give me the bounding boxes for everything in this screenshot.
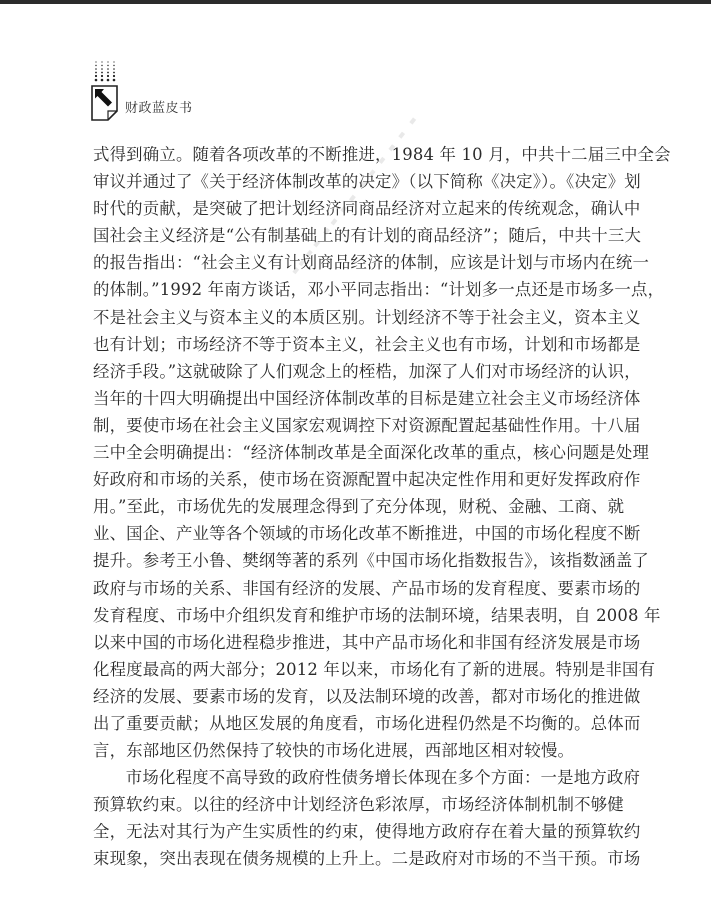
text-line: 国社会主义经济是“公有制基础上的有计划的商品经济”；随后，中共十三大 xyxy=(93,222,620,249)
text-line: 经济的发展、要素市场的发育，以及法制环境的改善，都对市场化的推进做 xyxy=(93,683,620,710)
text-line: 以来中国的市场化进程稳步推进，其中产品市场化和非国有经济发展是市场 xyxy=(93,629,620,656)
text-line: 制，要使市场在社会主义国家宏观调控下对资源配置起基础性作用。十八届 xyxy=(93,412,620,439)
text-line: 出了重要贡献；从地区发展的角度看，市场化进程仍然是不均衡的。总体而 xyxy=(93,710,620,737)
paragraph-2: 市场化程度不高导致的政府性债务增长体现在多个方面：一是地方政府 预算软约束。以往… xyxy=(93,764,620,872)
text-line: 束现象，突出表现在债务规模的上升上。二是政府对市场的不当干预。市场 xyxy=(93,845,620,872)
text-line: 市场化程度不高导致的政府性债务增长体现在多个方面：一是地方政府 xyxy=(93,764,620,791)
text-line: 时代的贡献，是突破了把计划经济同商品经济对立起来的传统观念，确认中 xyxy=(93,195,620,222)
book-arrow-logo-icon xyxy=(91,85,119,121)
series-title: 财政蓝皮书 xyxy=(125,97,193,116)
text-line: 政府与市场的关系、非国有经济的发展、产品市场的发育程度、要素市场的 xyxy=(93,575,620,602)
text-line: 好政府和市场的关系，使市场在资源配置中起决定性作用和更好发挥政府作 xyxy=(93,466,620,493)
text-line: 当年的十四大明确提出中国经济体制改革的目标是建立社会主义市场经济体 xyxy=(93,385,620,412)
text-line: 不是社会主义与资本主义的本质区别。计划经济不等于社会主义，资本主义 xyxy=(93,304,620,331)
text-line: 言，东部地区仍然保持了较快的市场化进展，西部地区相对较慢。 xyxy=(93,737,620,764)
text-line: 经济手段。”这就破除了人们观念上的桎梏，加深了人们对市场经济的认识， xyxy=(93,358,620,385)
text-line: 审议并通过了《关于经济体制改革的决定》（以下简称《决定》）。《决定》划 xyxy=(93,168,620,195)
text-line: 发育程度、市场中介组织发育和维护市场的法制环境，结果表明，自 2008 年 xyxy=(93,602,620,629)
text-line: 提升。参考王小鲁、樊纲等著的系列《中国市场化指数报告》，该指数涵盖了 xyxy=(93,547,620,574)
top-edge-bar xyxy=(0,0,711,4)
text-line: 式得到确立。随着各项改革的不断推进，1984 年 10 月，中共十二届三中全会 xyxy=(93,141,620,168)
text-line: 预算软约束。以往的经济中计划经济色彩浓厚，市场经济体制机制不够健 xyxy=(93,791,620,818)
paragraph-1: 式得到确立。随着各项改革的不断推进，1984 年 10 月，中共十二届三中全会 … xyxy=(93,141,620,764)
text-line: 化程度最高的两大部分；2012 年以来，市场化有了新的进展。特别是非国有 xyxy=(93,656,620,683)
dot-grid-icon xyxy=(94,61,116,85)
text-line: 用。”至此，市场优先的发展理念得到了充分体现，财税、金融、工商、就 xyxy=(93,493,620,520)
page-body: 式得到确立。随着各项改革的不断推进，1984 年 10 月，中共十二届三中全会 … xyxy=(93,141,620,873)
text-line: 业、国企、产业等各个领域的市场化改革不断推进，中国的市场化程度不断 xyxy=(93,520,620,547)
running-header: 财政蓝皮书 xyxy=(91,61,291,123)
text-line: 全，无法对其行为产生实质性的约束，使得地方政府存在着大量的预算软约 xyxy=(93,818,620,845)
text-line: 三中全会明确提出：“经济体制改革是全面深化改革的重点，核心问题是处理 xyxy=(93,439,620,466)
text-line: 的体制。”1992 年南方谈话，邓小平同志指出：“计划多一点还是市场多一点， xyxy=(93,276,620,303)
text-line: 的报告指出：“社会主义有计划商品经济的体制，应该是计划与市场内在统一 xyxy=(93,249,620,276)
text-line: 也有计划；市场经济不等于资本主义，社会主义也有市场，计划和市场都是 xyxy=(93,331,620,358)
